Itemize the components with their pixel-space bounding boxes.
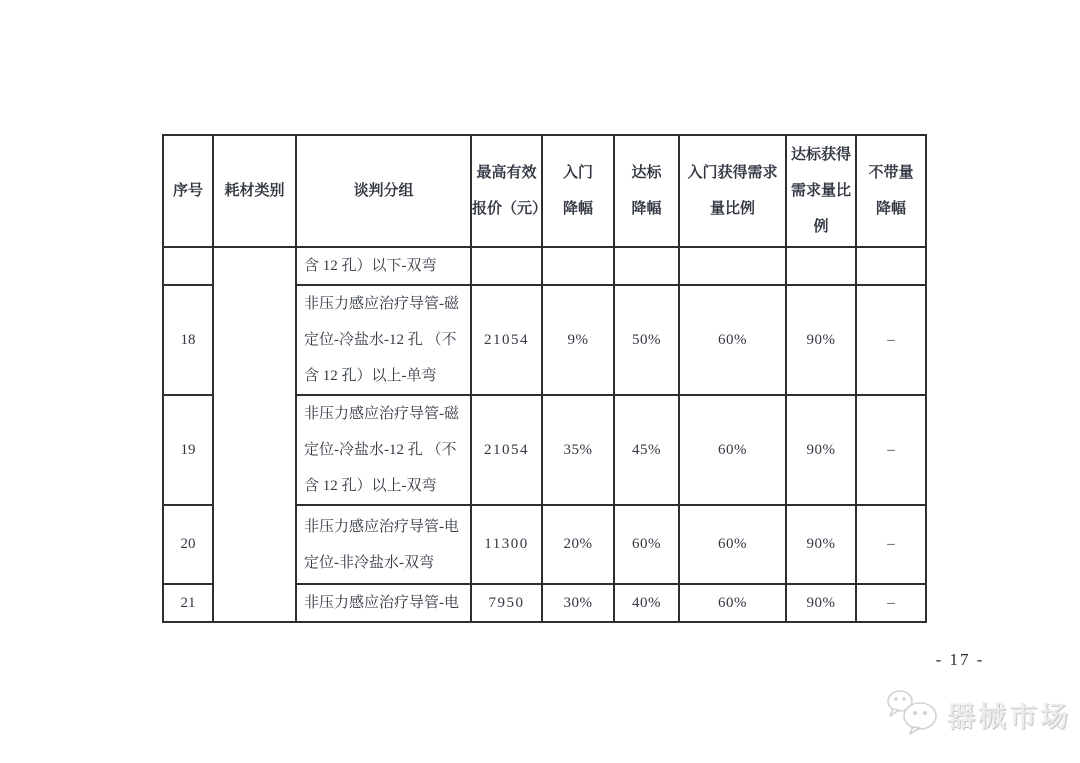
entry-volume-ratio-cell: 60%: [679, 584, 786, 622]
seq-cell: 20: [163, 505, 213, 584]
watermark-text: 器械市场: [947, 695, 1071, 735]
header-entry-volume-ratio: 入门获得需求 量比例: [679, 135, 786, 247]
standard-volume-ratio-cell: 90%: [786, 584, 856, 622]
seq-cell: 18: [163, 285, 213, 395]
standard-cut-cell: 40%: [614, 584, 679, 622]
no-volume-cut-cell: –: [856, 505, 926, 584]
no-volume-cut-cell: –: [856, 395, 926, 505]
standard-cut-cell: 45%: [614, 395, 679, 505]
group-cell: 非压力感应治疗导管-磁 定位-冷盐水-12 孔 （不 含 12 孔）以上-双弯: [296, 395, 471, 505]
no-volume-cut-cell: –: [856, 584, 926, 622]
price-cell: 21054: [471, 285, 542, 395]
seq-cell: 21: [163, 584, 213, 622]
standard-volume-ratio-cell: [786, 247, 856, 285]
group-cell: 非压力感应治疗导管-磁 定位-冷盐水-12 孔 （不 含 12 孔）以上-单弯: [296, 285, 471, 395]
table-header-row: 序号 耗材类别 谈判分组 最高有效 报价（元） 入门 降幅 达标 降幅 入门获得…: [163, 135, 926, 247]
header-category: 耗材类别: [213, 135, 296, 247]
price-cell: 11300: [471, 505, 542, 584]
entry-cut-cell: 35%: [542, 395, 614, 505]
header-standard-cut: 达标 降幅: [614, 135, 679, 247]
standard-volume-ratio-cell: 90%: [786, 505, 856, 584]
price-cell: 21054: [471, 395, 542, 505]
entry-cut-cell: 30%: [542, 584, 614, 622]
price-cell: 7950: [471, 584, 542, 622]
entry-volume-ratio-cell: [679, 247, 786, 285]
table-row: 含 12 孔）以下-双弯: [163, 247, 926, 285]
category-merged-cell: [213, 247, 296, 622]
seq-cell: [163, 247, 213, 285]
no-volume-cut-cell: [856, 247, 926, 285]
page-number: - 17 -: [912, 650, 1008, 670]
price-cell: [471, 247, 542, 285]
pricing-table: 序号 耗材类别 谈判分组 最高有效 报价（元） 入门 降幅 达标 降幅 入门获得…: [162, 134, 927, 623]
header-group: 谈判分组: [296, 135, 471, 247]
document-page: 序号 耗材类别 谈判分组 最高有效 报价（元） 入门 降幅 达标 降幅 入门获得…: [0, 0, 1080, 763]
standard-cut-cell: 50%: [614, 285, 679, 395]
seq-cell: 19: [163, 395, 213, 505]
wechat-chat-bubbles-icon: [886, 688, 942, 741]
header-no-volume-cut: 不带量 降幅: [856, 135, 926, 247]
entry-cut-cell: [542, 247, 614, 285]
group-cell: 含 12 孔）以下-双弯: [296, 247, 471, 285]
standard-cut-cell: [614, 247, 679, 285]
entry-volume-ratio-cell: 60%: [679, 285, 786, 395]
entry-volume-ratio-cell: 60%: [679, 505, 786, 584]
header-seq: 序号: [163, 135, 213, 247]
header-entry-cut: 入门 降幅: [542, 135, 614, 247]
entry-volume-ratio-cell: 60%: [679, 395, 786, 505]
standard-volume-ratio-cell: 90%: [786, 285, 856, 395]
watermark: 器械市场: [886, 688, 1071, 741]
header-standard-volume-ratio: 达标获得 需求量比 例: [786, 135, 856, 247]
standard-volume-ratio-cell: 90%: [786, 395, 856, 505]
no-volume-cut-cell: –: [856, 285, 926, 395]
group-cell: 非压力感应治疗导管-电: [296, 584, 471, 622]
header-max-price: 最高有效 报价（元）: [471, 135, 542, 247]
entry-cut-cell: 20%: [542, 505, 614, 584]
entry-cut-cell: 9%: [542, 285, 614, 395]
group-cell: 非压力感应治疗导管-电 定位-非冷盐水-双弯: [296, 505, 471, 584]
standard-cut-cell: 60%: [614, 505, 679, 584]
